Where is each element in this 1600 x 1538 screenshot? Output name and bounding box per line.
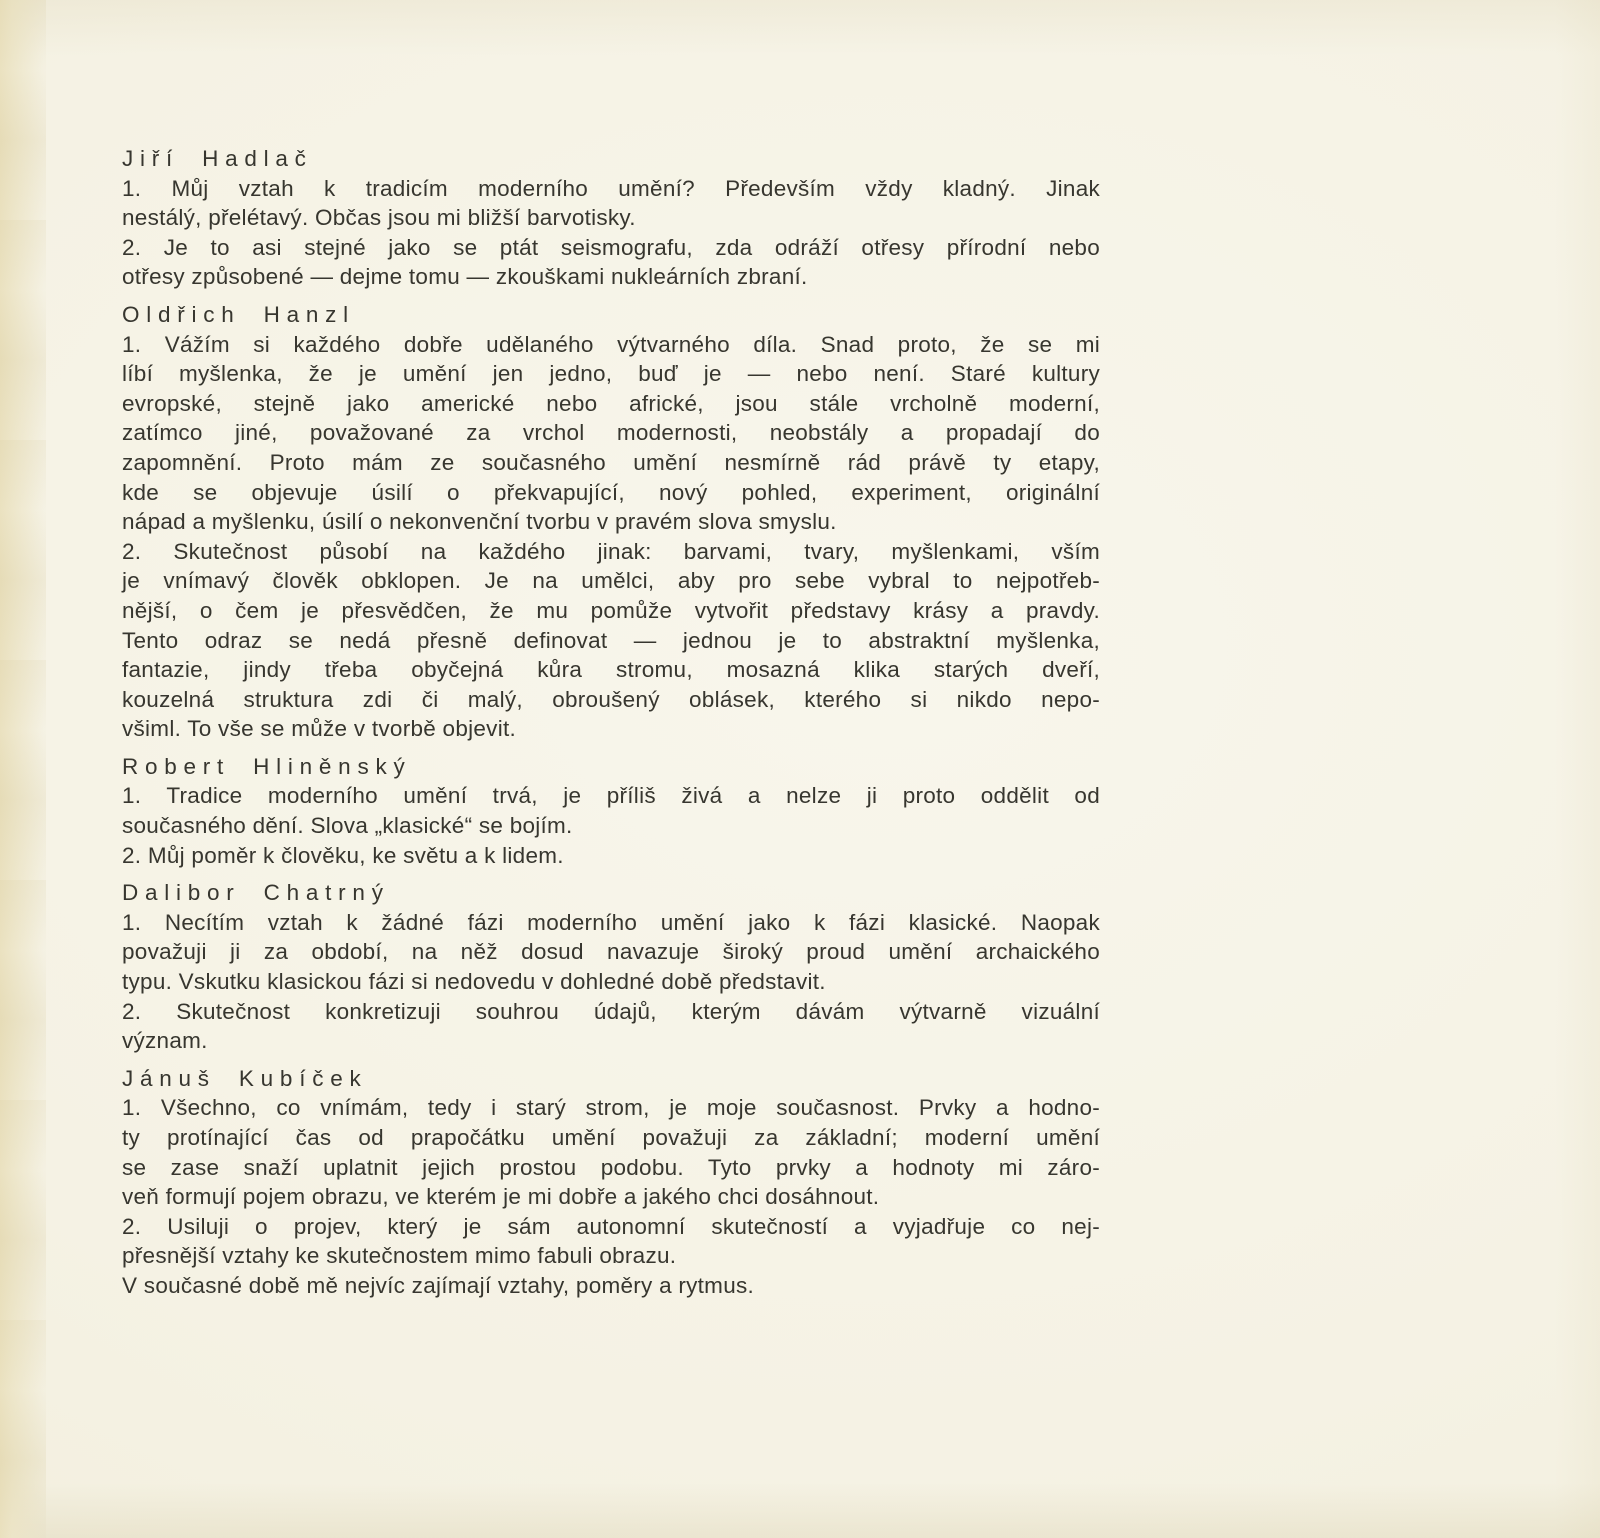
paragraph-line: veň formují pojem obrazu, ve kterém je m… [122,1182,1100,1212]
paragraph-line: všiml. To vše se může v tvorbě objevit. [122,714,1100,744]
paragraph-line: považuji ji za období, na něž dosud nava… [122,937,1100,967]
paragraph-line: 1. Vážím si každého dobře udělaného výtv… [122,330,1100,360]
author-name-heading: Robert Hliněnský [122,752,1100,782]
paragraph-line: nápad a myšlenku, úsilí o nekonvenční tv… [122,507,1100,537]
paragraph-line: 2. Skutečnost konkretizuji souhrou údajů… [122,997,1100,1027]
paragraph-line: fantazie, jindy třeba obyčejná kůra stro… [122,655,1100,685]
paragraph-line: nestálý, přelétavý. Občas jsou mi bližší… [122,203,1100,233]
paragraph-line: 2. Můj poměr k člověku, ke světu a k lid… [122,841,1100,871]
paragraph-line: 2. Usiluji o projev, který je sám autono… [122,1212,1100,1242]
page-left-edge [0,0,46,1538]
paragraph-line: zatímco jiné, považované za vrchol moder… [122,418,1100,448]
paragraph-line: se zase snaží uplatnit jejich prostou po… [122,1153,1100,1183]
paragraph-line: otřesy způsobené — dejme tomu — zkouškam… [122,262,1100,292]
paragraph-line: 1. Můj vztah k tradicím moderního umění?… [122,174,1100,204]
paragraph-line: zapomnění. Proto mám ze současného umění… [122,448,1100,478]
paragraph-line: přesnější vztahy ke skutečnostem mimo fa… [122,1241,1100,1271]
author-name-heading: Dalibor Chatrný [122,878,1100,908]
paragraph-line: kde se objevuje úsilí o překvapující, no… [122,478,1100,508]
paragraph-line: 1. Tradice moderního umění trvá, je příl… [122,781,1100,811]
paragraph-line: současného dění. Slova „klasické“ se boj… [122,811,1100,841]
paragraph-line: 1. Necítím vztah k žádné fázi moderního … [122,908,1100,938]
scanned-book-page: Jiří Hadlač1. Můj vztah k tradicím moder… [0,0,1600,1538]
text-block: Jiří Hadlač1. Můj vztah k tradicím moder… [122,136,1100,1301]
author-name-heading: Jánuš Kubíček [122,1064,1100,1094]
paragraph-line: je vnímavý člověk obklopen. Je na umělci… [122,566,1100,596]
paragraph-line: ty protínající čas od prapočátku umění p… [122,1123,1100,1153]
paragraph-line: evropské, stejně jako americké nebo afri… [122,389,1100,419]
paragraph-line: význam. [122,1026,1100,1056]
paragraph-line: typu. Vskutku klasickou fázi si nedovedu… [122,967,1100,997]
paragraph-line: 2. Skutečnost působí na každého jinak: b… [122,537,1100,567]
paragraph-line: líbí myšlenka, že je umění jen jedno, bu… [122,359,1100,389]
paragraph-line: nější, o čem je přesvědčen, že mu pomůže… [122,596,1100,626]
author-name-heading: Jiří Hadlač [122,144,1100,174]
paragraph-line: Tento odraz se nedá přesně definovat — j… [122,626,1100,656]
paragraph-line: V současné době mě nejvíc zajímají vztah… [122,1271,1100,1301]
author-name-heading: Oldřich Hanzl [122,300,1100,330]
paragraph-line: 2. Je to asi stejné jako se ptát seismog… [122,233,1100,263]
paragraph-line: kouzelná struktura zdi či malý, obroušen… [122,685,1100,715]
paragraph-line: 1. Všechno, co vnímám, tedy i starý stro… [122,1093,1100,1123]
